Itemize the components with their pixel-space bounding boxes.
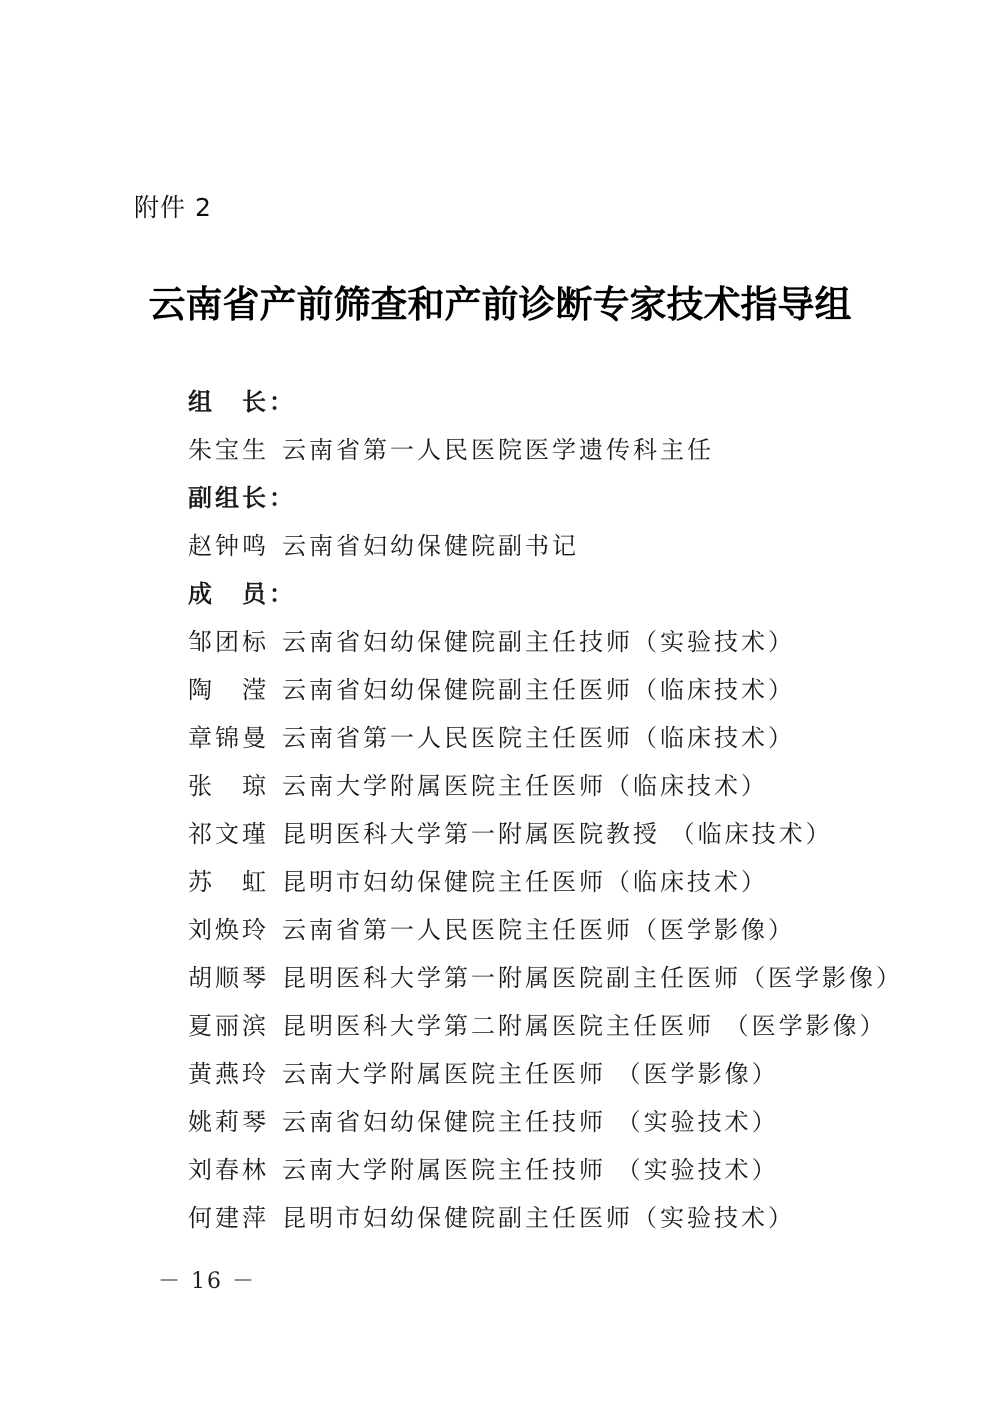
expert-roster: 组 长： 朱宝生云南省第一人民医院医学遗传科主任 副组长： 赵钟鸣云南省妇幼保健…: [188, 378, 948, 1242]
member-name: 姚莉琴: [188, 1098, 282, 1146]
deputy-heading: 副组长：: [188, 474, 948, 522]
member-entry: 祁文瑾昆明医科大学第一附属医院教授 （临床技术）: [188, 810, 948, 858]
member-entry: 邹团标云南省妇幼保健院副主任技师（实验技术）: [188, 618, 948, 666]
member-position: 云南大学附属医院主任医师（临床技术）: [282, 772, 768, 800]
member-entry: 黄燕玲云南大学附属医院主任医师 （医学影像）: [188, 1050, 948, 1098]
member-position: 昆明医科大学第二附属医院主任医师 （医学影像）: [282, 1012, 887, 1040]
leader-name: 朱宝生: [188, 426, 282, 474]
member-position: 昆明医科大学第一附属医院教授 （临床技术）: [282, 820, 833, 848]
member-entry: 陶 滢云南省妇幼保健院副主任医师（临床技术）: [188, 666, 948, 714]
leader-entry: 朱宝生云南省第一人民医院医学遗传科主任: [188, 426, 948, 474]
member-position: 云南省妇幼保健院副主任医师（临床技术）: [282, 676, 795, 704]
member-position: 云南大学附属医院主任技师 （实验技术）: [282, 1156, 779, 1184]
member-entry: 刘春林云南大学附属医院主任技师 （实验技术）: [188, 1146, 948, 1194]
document-title: 云南省产前筛查和产前诊断专家技术指导组: [0, 274, 1000, 328]
member-position: 云南省妇幼保健院副主任技师（实验技术）: [282, 628, 795, 656]
deputy-name: 赵钟鸣: [188, 522, 282, 570]
member-name: 刘焕玲: [188, 906, 282, 954]
member-name: 章锦曼: [188, 714, 282, 762]
member-name: 夏丽滨: [188, 1002, 282, 1050]
member-entry: 张 琼云南大学附属医院主任医师（临床技术）: [188, 762, 948, 810]
member-position: 昆明医科大学第一附属医院副主任医师（医学影像）: [282, 964, 903, 992]
leader-position: 云南省第一人民医院医学遗传科主任: [282, 436, 714, 464]
member-entry: 胡顺琴昆明医科大学第一附属医院副主任医师（医学影像）: [188, 954, 948, 1002]
member-name: 邹团标: [188, 618, 282, 666]
member-position: 云南大学附属医院主任医师 （医学影像）: [282, 1060, 779, 1088]
attachment-label: 附件 2: [134, 188, 212, 224]
deputy-entry: 赵钟鸣云南省妇幼保健院副书记: [188, 522, 948, 570]
deputy-position: 云南省妇幼保健院副书记: [282, 532, 579, 560]
member-name: 张 琼: [188, 762, 282, 810]
member-name: 陶 滢: [188, 666, 282, 714]
member-position: 云南省妇幼保健院主任技师 （实验技术）: [282, 1108, 779, 1136]
page-number: － 16 －: [158, 1264, 256, 1295]
member-entry: 姚莉琴云南省妇幼保健院主任技师 （实验技术）: [188, 1098, 948, 1146]
member-entry: 夏丽滨昆明医科大学第二附属医院主任医师 （医学影像）: [188, 1002, 948, 1050]
member-position: 昆明市妇幼保健院副主任医师（实验技术）: [282, 1204, 795, 1232]
member-name: 何建萍: [188, 1194, 282, 1242]
member-name: 刘春林: [188, 1146, 282, 1194]
member-entry: 章锦曼云南省第一人民医院主任医师（临床技术）: [188, 714, 948, 762]
member-name: 胡顺琴: [188, 954, 282, 1002]
member-position: 云南省第一人民医院主任医师（临床技术）: [282, 724, 795, 752]
member-position: 昆明市妇幼保健院主任医师（临床技术）: [282, 868, 768, 896]
member-name: 苏 虹: [188, 858, 282, 906]
member-entry: 刘焕玲云南省第一人民医院主任医师（医学影像）: [188, 906, 948, 954]
member-name: 黄燕玲: [188, 1050, 282, 1098]
member-name: 祁文瑾: [188, 810, 282, 858]
member-entry: 何建萍昆明市妇幼保健院副主任医师（实验技术）: [188, 1194, 948, 1242]
member-position: 云南省第一人民医院主任医师（医学影像）: [282, 916, 795, 944]
member-entry: 苏 虹昆明市妇幼保健院主任医师（临床技术）: [188, 858, 948, 906]
members-heading: 成 员：: [188, 570, 948, 618]
leader-heading: 组 长：: [188, 378, 948, 426]
